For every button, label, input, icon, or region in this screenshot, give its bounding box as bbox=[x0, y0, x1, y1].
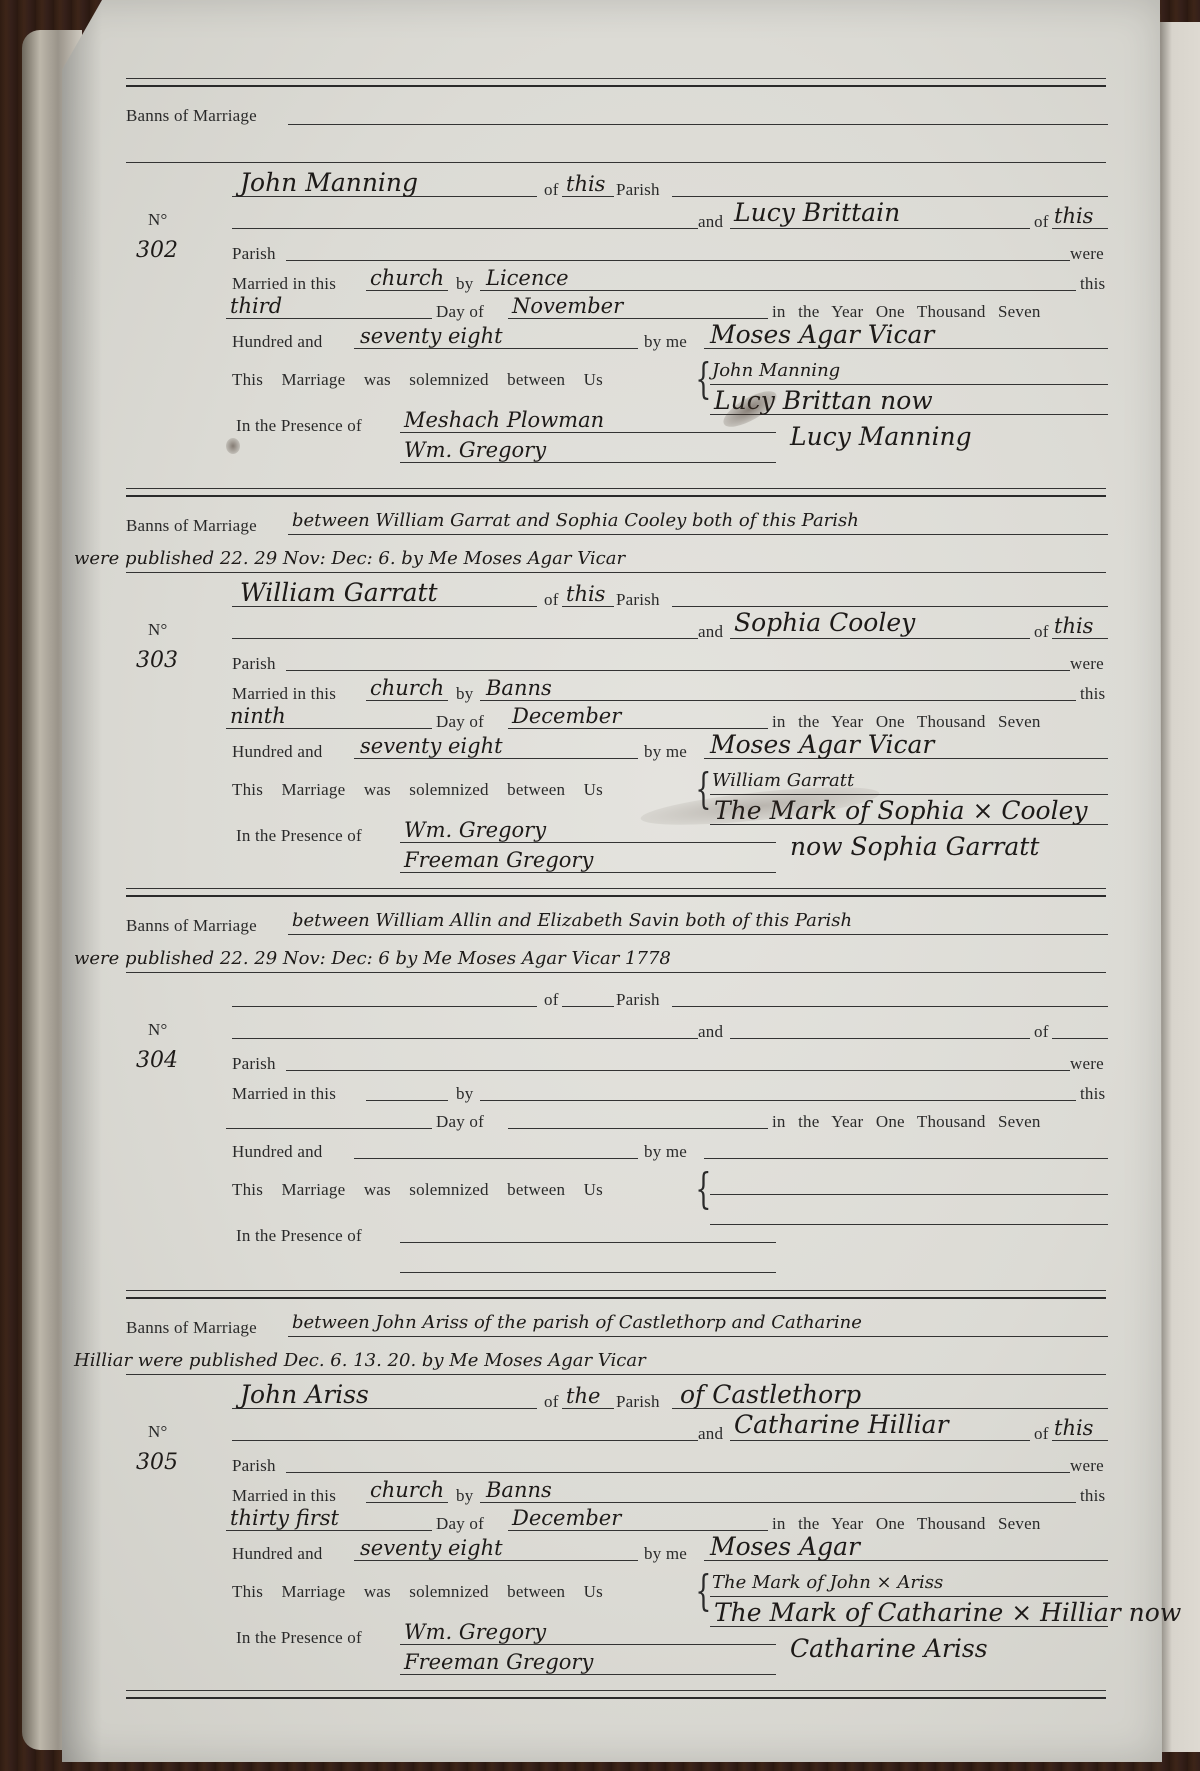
bride-of-label: of bbox=[1034, 622, 1049, 642]
officiant: Moses Agar Vicar bbox=[710, 322, 934, 347]
parish-line bbox=[286, 670, 1070, 671]
groom-parish-line bbox=[672, 196, 1108, 197]
bride-of-label: of bbox=[1034, 1424, 1049, 1444]
groom-of-line bbox=[562, 1408, 614, 1409]
register-page bbox=[62, 0, 1162, 1762]
parish-line bbox=[286, 1472, 1070, 1473]
witness-line-2 bbox=[400, 1272, 776, 1273]
banns-line-2 bbox=[126, 572, 1106, 573]
solemnized-label: This Marriage was solemnized between Us bbox=[232, 1582, 603, 1602]
by-label: by bbox=[456, 1486, 473, 1506]
month: November bbox=[512, 296, 623, 317]
year-label: in the Year One Thousand Seven bbox=[772, 1112, 1041, 1132]
parish-label-2: Parish bbox=[232, 1456, 276, 1476]
solemnized-label: This Marriage was solemnized between Us bbox=[232, 780, 603, 800]
banns-line-1 bbox=[288, 934, 1108, 935]
witness-line-2 bbox=[400, 872, 776, 873]
of-label: of bbox=[544, 990, 559, 1010]
bride-line bbox=[730, 1038, 1030, 1039]
witness-1: Wm. Gregory bbox=[404, 820, 546, 841]
month-line bbox=[508, 728, 768, 729]
groom-name: William Garratt bbox=[240, 580, 438, 605]
parish-line bbox=[286, 260, 1070, 261]
were-label: were bbox=[1070, 244, 1104, 264]
brace-icon: { bbox=[695, 1168, 711, 1210]
signature-3: Catharine Ariss bbox=[790, 1636, 988, 1661]
day-line bbox=[226, 1530, 432, 1531]
by-me-label: by me bbox=[644, 1544, 687, 1564]
officiant: Moses Agar Vicar bbox=[710, 732, 934, 757]
signature-line-1 bbox=[710, 1596, 1108, 1597]
presence-label: In the Presence of bbox=[236, 416, 362, 436]
signature-3: now Sophia Garratt bbox=[790, 834, 1039, 859]
parish-label-2: Parish bbox=[232, 654, 276, 674]
brace-icon: { bbox=[695, 358, 711, 400]
banns-text-2: Hilliar were published Dec. 6. 13. 20. b… bbox=[74, 1352, 646, 1370]
signature-2: The Mark of Catharine × Hilliar now bbox=[714, 1600, 1181, 1625]
hundred-and-label: Hundred and bbox=[232, 1544, 322, 1564]
groom-of-line bbox=[562, 196, 614, 197]
signature-line-2 bbox=[710, 1224, 1108, 1225]
entry-divider bbox=[126, 78, 1106, 87]
no-label: N° bbox=[148, 210, 167, 230]
witness-1: Wm. Gregory bbox=[404, 1622, 546, 1643]
banns-line-2 bbox=[126, 1374, 1106, 1375]
banns-line-1 bbox=[288, 534, 1108, 535]
by-me-label: by me bbox=[644, 1142, 687, 1162]
by-me-label: by me bbox=[644, 742, 687, 762]
bride-line bbox=[730, 1440, 1030, 1441]
day-of-label: Day of bbox=[436, 1514, 484, 1534]
by-label: by bbox=[456, 1084, 473, 1104]
were-label: were bbox=[1070, 1054, 1104, 1074]
month: December bbox=[512, 1508, 621, 1529]
and-label: and bbox=[698, 1022, 723, 1042]
by-method: Banns bbox=[486, 678, 552, 699]
signature-1: John Manning bbox=[712, 362, 840, 380]
bride-name: Catharine Hilliar bbox=[734, 1412, 949, 1437]
of-label: of bbox=[544, 180, 559, 200]
banns-text-1: between William Garrat and Sophia Cooley… bbox=[292, 512, 859, 530]
presence-label: In the Presence of bbox=[236, 1226, 362, 1246]
day: ninth bbox=[230, 706, 286, 727]
year-words-line bbox=[354, 758, 638, 759]
solemnized-label: This Marriage was solemnized between Us bbox=[232, 370, 603, 390]
parish-label: Parish bbox=[616, 180, 660, 200]
page-bottom-rule bbox=[126, 1690, 1106, 1699]
day-of-label: Day of bbox=[436, 1112, 484, 1132]
bride-of: this bbox=[1054, 1418, 1093, 1439]
bride-of-line bbox=[1052, 228, 1108, 229]
bride-of: this bbox=[1054, 206, 1093, 227]
place-line bbox=[366, 290, 448, 291]
parish-label: Parish bbox=[616, 1392, 660, 1412]
month-line bbox=[508, 1128, 768, 1129]
place: church bbox=[370, 1480, 444, 1501]
no-label: N° bbox=[148, 620, 167, 640]
entry-divider bbox=[126, 1290, 1106, 1299]
banns-line-1 bbox=[288, 1336, 1108, 1337]
year-label: in the Year One Thousand Seven bbox=[772, 302, 1041, 322]
entry-divider bbox=[126, 888, 1106, 897]
witness-2: Freeman Gregory bbox=[404, 1652, 593, 1673]
bride-of-label: of bbox=[1034, 1022, 1049, 1042]
were-label: were bbox=[1070, 654, 1104, 674]
witness-line-1 bbox=[400, 842, 776, 843]
banns-label: Banns of Marriage bbox=[126, 516, 257, 536]
parish-label-2: Parish bbox=[232, 244, 276, 264]
groom-parish-extra: of Castlethorp bbox=[680, 1382, 861, 1407]
by-line bbox=[480, 700, 1076, 701]
witness-line-1 bbox=[400, 432, 776, 433]
no-label: N° bbox=[148, 1020, 167, 1040]
bride-name: Lucy Brittain bbox=[734, 200, 900, 225]
entry-number: 305 bbox=[136, 1450, 178, 1475]
groom-of: this bbox=[566, 584, 605, 605]
by-line bbox=[480, 290, 1076, 291]
and-label: and bbox=[698, 212, 723, 232]
by-label: by bbox=[456, 274, 473, 294]
parish-label: Parish bbox=[616, 590, 660, 610]
year-words: seventy eight bbox=[360, 326, 503, 347]
bride-of-line bbox=[1052, 1038, 1108, 1039]
of-label: of bbox=[544, 590, 559, 610]
banns-text-2: were published 22. 29 Nov: Dec: 6. by Me… bbox=[74, 550, 625, 568]
day-of-label: Day of bbox=[436, 712, 484, 732]
year-words-line bbox=[354, 348, 638, 349]
bride-of-line bbox=[1052, 638, 1108, 639]
day-line bbox=[226, 728, 432, 729]
hundred-and-label: Hundred and bbox=[232, 332, 322, 352]
day-line bbox=[226, 318, 432, 319]
year-words: seventy eight bbox=[360, 1538, 503, 1559]
officiant: Moses Agar bbox=[710, 1534, 860, 1559]
banns-line-2 bbox=[126, 972, 1106, 973]
place: church bbox=[370, 268, 444, 289]
place: church bbox=[370, 678, 444, 699]
day: third bbox=[230, 296, 282, 317]
witness-line-1 bbox=[400, 1242, 776, 1243]
witness-line-1 bbox=[400, 1644, 776, 1645]
bride-prefix-line bbox=[232, 1038, 698, 1039]
groom-of-line bbox=[562, 1006, 614, 1007]
banns-line-2 bbox=[126, 162, 1106, 163]
entry-number: 302 bbox=[136, 238, 178, 263]
month-line bbox=[508, 318, 768, 319]
hundred-and-label: Hundred and bbox=[232, 1142, 322, 1162]
month: December bbox=[512, 706, 621, 727]
year-label: in the Year One Thousand Seven bbox=[772, 1514, 1041, 1534]
month-line bbox=[508, 1530, 768, 1531]
bride-line bbox=[730, 228, 1030, 229]
year-words: seventy eight bbox=[360, 736, 503, 757]
witness-2: Wm. Gregory bbox=[404, 440, 546, 461]
witness-line-2 bbox=[400, 462, 776, 463]
hundred-and-label: Hundred and bbox=[232, 742, 322, 762]
banns-label: Banns of Marriage bbox=[126, 1318, 257, 1338]
groom-of: the bbox=[566, 1386, 600, 1407]
groom-name: John Manning bbox=[240, 170, 418, 195]
entry-divider bbox=[126, 488, 1106, 497]
signature-1: The Mark of John × Ariss bbox=[712, 1574, 943, 1592]
day-of-label: Day of bbox=[436, 302, 484, 322]
by-line bbox=[480, 1100, 1076, 1101]
solemnized-label: This Marriage was solemnized between Us bbox=[232, 1180, 603, 1200]
by-line bbox=[480, 1502, 1076, 1503]
groom-parish-line bbox=[672, 606, 1108, 607]
signature-3: Lucy Manning bbox=[790, 424, 972, 449]
year-label: in the Year One Thousand Seven bbox=[772, 712, 1041, 732]
officiant-line bbox=[704, 1158, 1108, 1159]
banns-text-1: between William Allin and Elizabeth Savi… bbox=[292, 912, 852, 930]
ink-smudge bbox=[226, 438, 240, 454]
entry-number: 304 bbox=[136, 1048, 178, 1073]
witness-1: Meshach Plowman bbox=[404, 410, 604, 431]
this-label: this bbox=[1080, 274, 1105, 294]
by-me-label: by me bbox=[644, 332, 687, 352]
this-label: this bbox=[1080, 1486, 1105, 1506]
married-in-label: Married in this bbox=[232, 1084, 336, 1104]
bride-name: Sophia Cooley bbox=[734, 610, 915, 635]
groom-line bbox=[232, 1006, 537, 1007]
banns-text-2: were published 22. 29 Nov: Dec: 6 by Me … bbox=[74, 950, 671, 968]
bride-prefix-line bbox=[232, 228, 698, 229]
entry-number: 303 bbox=[136, 648, 178, 673]
year-words-line bbox=[354, 1158, 638, 1159]
bride-prefix-line bbox=[232, 638, 698, 639]
bride-of-line bbox=[1052, 1440, 1108, 1441]
witness-2: Freeman Gregory bbox=[404, 850, 593, 871]
of-label: of bbox=[544, 1392, 559, 1412]
banns-text-1: between John Ariss of the parish of Cast… bbox=[292, 1314, 862, 1332]
bride-line bbox=[730, 638, 1030, 639]
presence-label: In the Presence of bbox=[236, 826, 362, 846]
day-line bbox=[226, 1128, 432, 1129]
presence-label: In the Presence of bbox=[236, 1628, 362, 1648]
signature-line-1 bbox=[710, 384, 1108, 385]
bride-of-label: of bbox=[1034, 212, 1049, 232]
groom-parish-line bbox=[672, 1006, 1108, 1007]
bride-prefix-line bbox=[232, 1440, 698, 1441]
were-label: were bbox=[1070, 1456, 1104, 1476]
by-method: Licence bbox=[486, 268, 569, 289]
banns-label: Banns of Marriage bbox=[126, 916, 257, 936]
banns-label: Banns of Marriage bbox=[126, 106, 257, 126]
married-in-label: Married in this bbox=[232, 274, 336, 294]
parish-line bbox=[286, 1070, 1070, 1071]
and-label: and bbox=[698, 622, 723, 642]
day: thirty first bbox=[230, 1508, 339, 1529]
facing-page-edge bbox=[1160, 22, 1200, 1752]
year-words-line bbox=[354, 1560, 638, 1561]
by-label: by bbox=[456, 684, 473, 704]
no-label: N° bbox=[148, 1422, 167, 1442]
married-in-label: Married in this bbox=[232, 684, 336, 704]
place-line bbox=[366, 700, 448, 701]
groom-of-line bbox=[562, 606, 614, 607]
groom-of: this bbox=[566, 174, 605, 195]
place-line bbox=[366, 1502, 448, 1503]
signature-line-1 bbox=[710, 1194, 1108, 1195]
and-label: and bbox=[698, 1424, 723, 1444]
banns-line-1 bbox=[288, 124, 1108, 125]
brace-icon: { bbox=[695, 1570, 711, 1612]
this-label: this bbox=[1080, 1084, 1105, 1104]
place-line bbox=[366, 1100, 448, 1101]
bride-of: this bbox=[1054, 616, 1093, 637]
this-label: this bbox=[1080, 684, 1105, 704]
parish-label: Parish bbox=[616, 990, 660, 1010]
groom-name: John Ariss bbox=[240, 1382, 369, 1407]
by-method: Banns bbox=[486, 1480, 552, 1501]
married-in-label: Married in this bbox=[232, 1486, 336, 1506]
witness-line-2 bbox=[400, 1674, 776, 1675]
parish-label-2: Parish bbox=[232, 1054, 276, 1074]
